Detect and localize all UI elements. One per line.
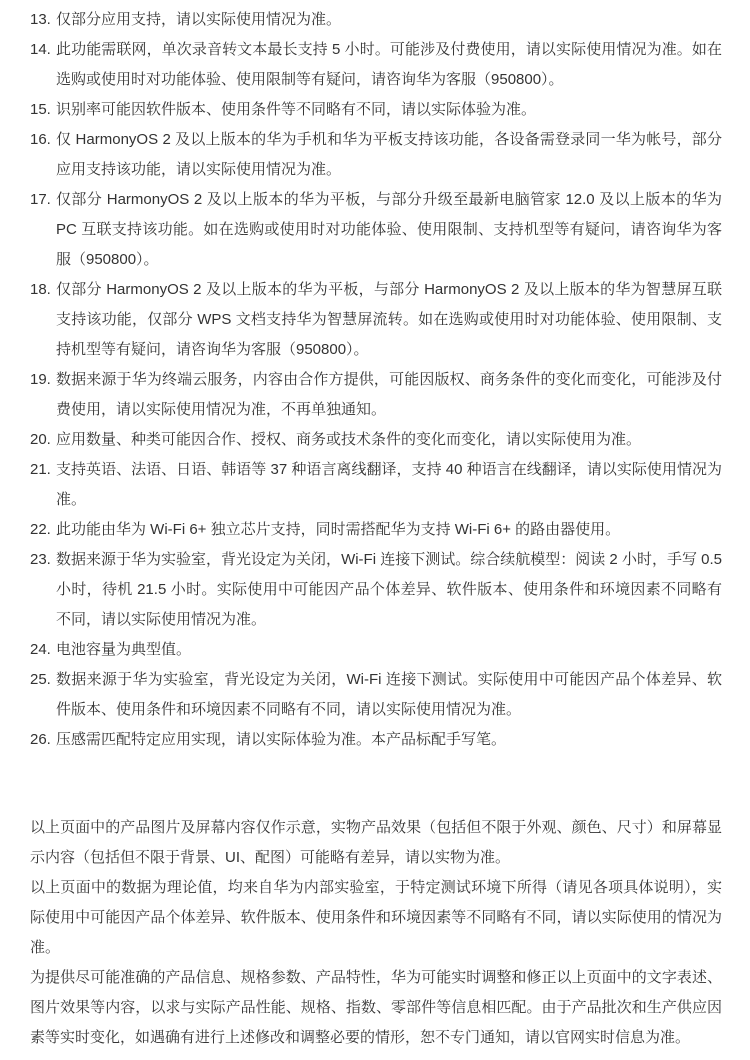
note-text: 此功能需联网，单次录音转文本最长支持 5 小时。可能涉及付费使用，请以实际使用情… — [56, 35, 722, 95]
note-text: 仅 HarmonyOS 2 及以上版本的华为手机和华为平板支持该功能，各设备需登… — [56, 125, 722, 185]
note-number: 20. — [30, 425, 56, 455]
note-text: 数据来源于华为实验室，背光设定为关闭，Wi-Fi 连接下测试。综合续航模型：阅读… — [56, 545, 722, 635]
note-text: 应用数量、种类可能因合作、授权、商务或技术条件的变化而变化，请以实际使用为准。 — [56, 425, 722, 455]
note-text: 此功能由华为 Wi-Fi 6+ 独立芯片支持，同时需搭配华为支持 Wi-Fi 6… — [56, 515, 722, 545]
note-text: 数据来源于华为实验室，背光设定为关闭，Wi-Fi 连接下测试。实际使用中可能因产… — [56, 665, 722, 725]
note-item: 25. 数据来源于华为实验室，背光设定为关闭，Wi-Fi 连接下测试。实际使用中… — [30, 665, 722, 725]
note-item: 18. 仅部分 HarmonyOS 2 及以上版本的华为平板，与部分 Harmo… — [30, 275, 722, 365]
note-item: 13. 仅部分应用支持，请以实际使用情况为准。 — [30, 5, 722, 35]
note-number: 23. — [30, 545, 56, 575]
note-number: 24. — [30, 635, 56, 665]
footer-paragraph: 以上页面中的数据为理论值，均来自华为内部实验室，于特定测试环境下所得（请见各项具… — [30, 873, 722, 963]
note-text: 仅部分 HarmonyOS 2 及以上版本的华为平板，与部分升级至最新电脑管家 … — [56, 185, 722, 275]
note-number: 15. — [30, 95, 56, 125]
note-text: 仅部分 HarmonyOS 2 及以上版本的华为平板，与部分 HarmonyOS… — [56, 275, 722, 365]
note-item: 24. 电池容量为典型值。 — [30, 635, 722, 665]
footer-paragraph: 以上页面中的产品图片及屏幕内容仅作示意，实物产品效果（包括但不限于外观、颜色、尺… — [30, 813, 722, 873]
legal-footer: 以上页面中的产品图片及屏幕内容仅作示意，实物产品效果（包括但不限于外观、颜色、尺… — [30, 813, 722, 1053]
note-item: 21. 支持英语、法语、日语、韩语等 37 种语言离线翻译，支持 40 种语言在… — [30, 455, 722, 515]
note-number: 21. — [30, 455, 56, 485]
disclaimer-page: 13. 仅部分应用支持，请以实际使用情况为准。 14. 此功能需联网，单次录音转… — [0, 0, 750, 1060]
disclaimer-notes-list: 13. 仅部分应用支持，请以实际使用情况为准。 14. 此功能需联网，单次录音转… — [30, 5, 722, 755]
note-item: 22. 此功能由华为 Wi-Fi 6+ 独立芯片支持，同时需搭配华为支持 Wi-… — [30, 515, 722, 545]
note-text: 电池容量为典型值。 — [56, 635, 722, 665]
note-text: 数据来源于华为终端云服务，内容由合作方提供，可能因版权、商务条件的变化而变化，可… — [56, 365, 722, 425]
note-item: 16. 仅 HarmonyOS 2 及以上版本的华为手机和华为平板支持该功能，各… — [30, 125, 722, 185]
note-number: 17. — [30, 185, 56, 215]
note-number: 16. — [30, 125, 56, 155]
note-item: 17. 仅部分 HarmonyOS 2 及以上版本的华为平板，与部分升级至最新电… — [30, 185, 722, 275]
note-number: 14. — [30, 35, 56, 65]
footer-paragraph: 为提供尽可能准确的产品信息、规格参数、产品特性，华为可能实时调整和修正以上页面中… — [30, 963, 722, 1053]
note-item: 14. 此功能需联网，单次录音转文本最长支持 5 小时。可能涉及付费使用，请以实… — [30, 35, 722, 95]
note-text: 支持英语、法语、日语、韩语等 37 种语言离线翻译，支持 40 种语言在线翻译，… — [56, 455, 722, 515]
note-item: 26. 压感需匹配特定应用实现，请以实际体验为准。本产品标配手写笔。 — [30, 725, 722, 755]
note-item: 20. 应用数量、种类可能因合作、授权、商务或技术条件的变化而变化，请以实际使用… — [30, 425, 722, 455]
note-item: 15. 识别率可能因软件版本、使用条件等不同略有不同，请以实际体验为准。 — [30, 95, 722, 125]
note-number: 22. — [30, 515, 56, 545]
note-item: 19. 数据来源于华为终端云服务，内容由合作方提供，可能因版权、商务条件的变化而… — [30, 365, 722, 425]
note-text: 仅部分应用支持，请以实际使用情况为准。 — [56, 5, 722, 35]
note-text: 压感需匹配特定应用实现，请以实际体验为准。本产品标配手写笔。 — [56, 725, 722, 755]
note-number: 26. — [30, 725, 56, 755]
note-number: 25. — [30, 665, 56, 695]
note-number: 19. — [30, 365, 56, 395]
note-number: 13. — [30, 5, 56, 35]
note-text: 识别率可能因软件版本、使用条件等不同略有不同，请以实际体验为准。 — [56, 95, 722, 125]
note-number: 18. — [30, 275, 56, 305]
note-item: 23. 数据来源于华为实验室，背光设定为关闭，Wi-Fi 连接下测试。综合续航模… — [30, 545, 722, 635]
